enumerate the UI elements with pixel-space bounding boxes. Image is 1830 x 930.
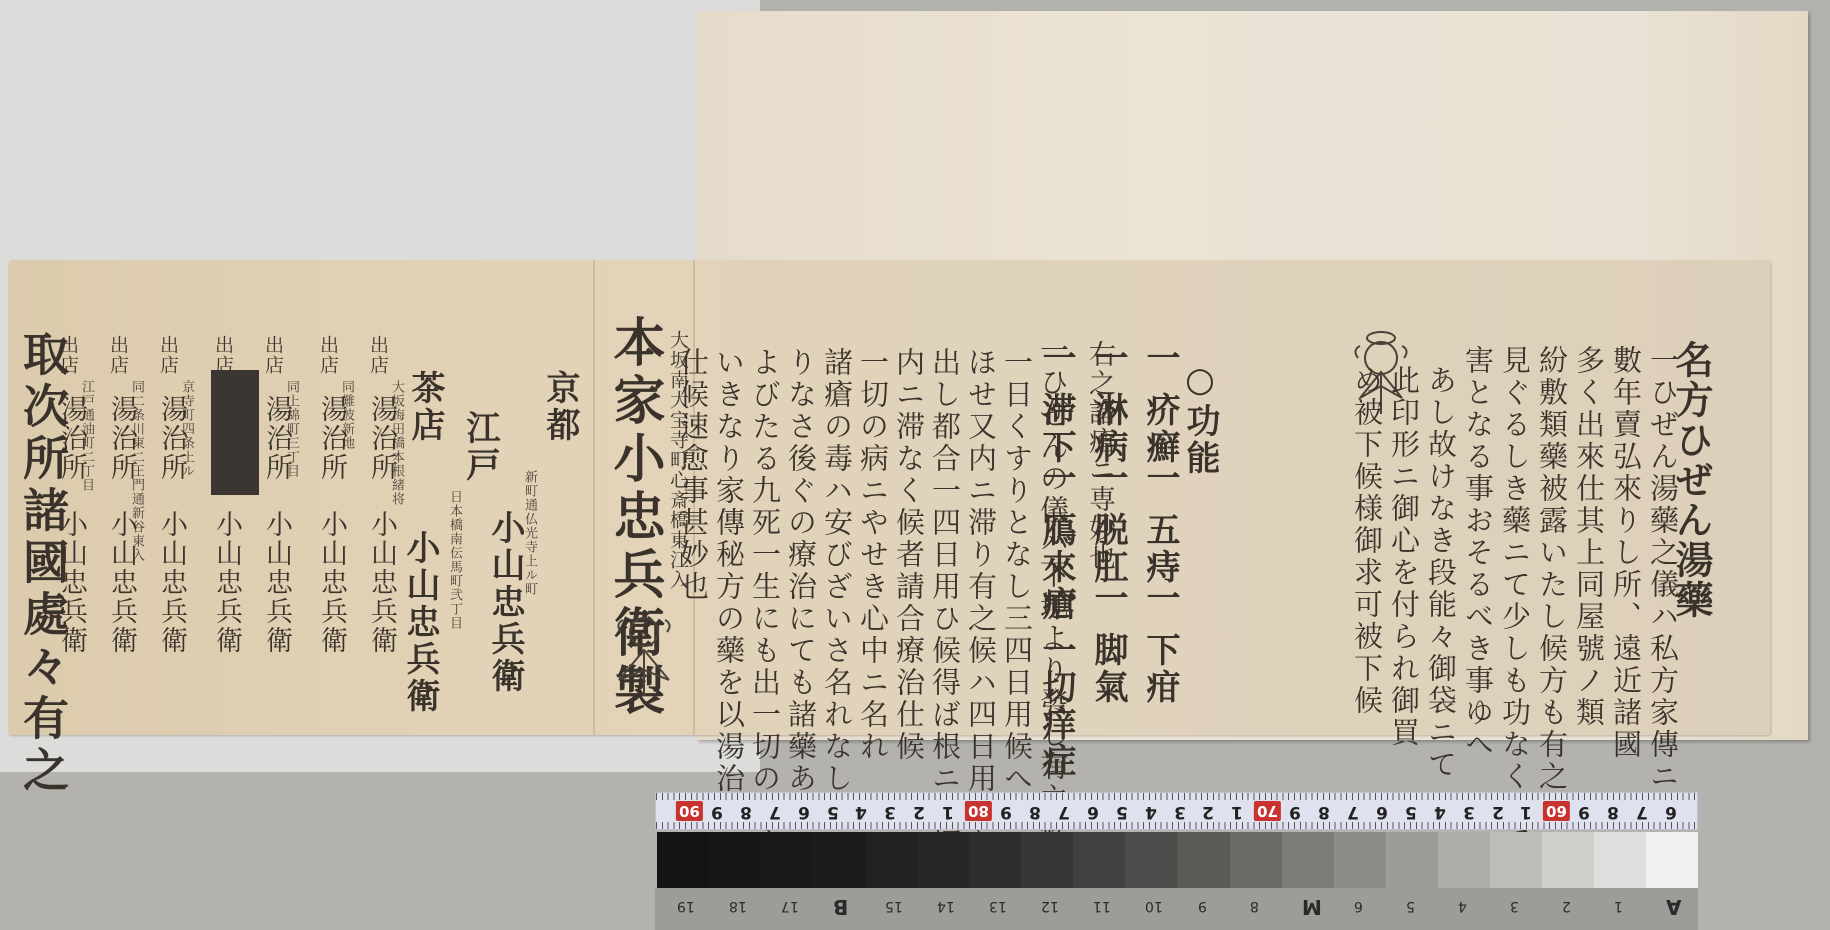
shop-owner: 小山忠兵衛 <box>368 510 395 655</box>
gray-patch <box>1594 832 1646 888</box>
gray-patch <box>761 832 813 888</box>
tape-number: 3 <box>880 802 900 822</box>
tape-number: 8 <box>1314 802 1334 822</box>
tape-number: 6 <box>794 802 814 822</box>
branch-owner: 小山忠兵衛 <box>488 510 522 695</box>
shop-owner: 小山忠兵衛 <box>158 510 185 655</box>
shop-label: 出店 <box>58 335 77 375</box>
tape-number: 1 <box>938 802 958 822</box>
text-column: 諸瘡の毒ハ安びざいさ名れなし <box>822 347 851 795</box>
shop-owner: 小山忠兵衛 <box>213 510 240 655</box>
gray-patch <box>1542 832 1594 888</box>
shop-label: 出店 <box>213 335 232 375</box>
printed-handbill: 名方ひぜん湯藥 ○功能 右之諸瘡ニ専妙也 大坂南大宝寺町心斎橋東江入 本家小忠兵… <box>8 260 1770 735</box>
text-column: あし故けなき段能々御袋ニて <box>1426 365 1455 781</box>
text-column: 害となる事おそるべき事ゆへ <box>1463 345 1492 761</box>
grayscale-patches <box>657 832 1698 888</box>
tape-number: 5 <box>1112 802 1132 822</box>
tape-number: 4 <box>1430 802 1450 822</box>
gray-patch <box>969 832 1021 888</box>
patch-label: 13 <box>989 898 1007 914</box>
tape-number-highlight: 70 <box>1254 801 1281 821</box>
tape-number: 2 <box>1488 802 1508 822</box>
color-scale-ruler: 678960123456789701234567898012345678990 … <box>655 792 1698 930</box>
efficacy-item: 一 下疳 <box>1143 580 1177 706</box>
tape-number: 4 <box>851 802 871 822</box>
patch-label: 3 <box>1510 898 1519 914</box>
patch-label: 11 <box>1093 898 1111 914</box>
tape-number: 9 <box>1574 802 1594 822</box>
branch-city: 茶店 <box>408 370 442 444</box>
tape-number: 7 <box>765 802 785 822</box>
tape-number: 3 <box>1459 802 1479 822</box>
gray-patch <box>1177 832 1229 888</box>
text-column: 仕候速愈事甚妙也 <box>678 347 707 603</box>
text-column: りなさ後ぐの療治にても諸藥あ <box>786 347 815 795</box>
patch-label: 18 <box>729 898 747 914</box>
tape-number: 9 <box>1285 802 1305 822</box>
tape-number: 7 <box>1054 802 1074 822</box>
patch-label: 1 <box>1614 898 1623 914</box>
shop-type: 湯治所 <box>263 395 290 482</box>
efficacy-item: 一 脱肛 <box>1091 460 1125 586</box>
maker-seal-icon <box>613 610 675 698</box>
gray-patch <box>657 832 709 888</box>
tape-number: 4 <box>1141 802 1161 822</box>
text-column: 此印形ニ御心を付られ御買 <box>1389 365 1418 749</box>
text-column: いきなり家傳秘方の藥を以湯治 <box>714 347 743 795</box>
patch-label: 17 <box>781 898 799 914</box>
tape-number-highlight: 90 <box>676 801 703 821</box>
tape-number: 9 <box>996 802 1016 822</box>
text-column: ほせ又内ニ滞り有之候ハ四日用より <box>966 347 995 859</box>
patch-label: M <box>1302 895 1322 919</box>
gray-patch <box>1073 832 1125 888</box>
tape-ticks-bottom <box>656 822 1697 829</box>
gray-patch <box>1490 832 1542 888</box>
shop-label: 出店 <box>263 335 282 375</box>
patch-label: 4 <box>1458 898 1467 914</box>
text-column: 紛敷類藥被露いたし候方も有之候 <box>1537 345 1566 825</box>
gray-patch <box>1230 832 1282 888</box>
text-column: 一ひぜん湯藥之儀ハ私方家傳ニて <box>1648 345 1677 825</box>
patch-labels: A123456M89101112131415B171819 <box>655 888 1698 930</box>
efficacy-item: 一 淋病 <box>1091 340 1125 466</box>
text-column: よびたる九死一生にも出一切のごく <box>750 347 779 859</box>
text-column: 出し都合一四日用ひ候得ば根ニ一切 <box>930 347 959 859</box>
gray-patch <box>917 832 969 888</box>
gray-patch <box>1282 832 1334 888</box>
paper-joint <box>593 260 595 735</box>
shop-type: 湯治所 <box>108 395 135 482</box>
patch-label: 19 <box>677 898 695 914</box>
efficacy-item: 一 脚氣 <box>1091 580 1125 706</box>
branch-address: 日本橋南伝馬町弐丁目 <box>448 490 461 630</box>
patch-label: A <box>1666 895 1681 919</box>
text-column: 一日くすりとなし三四日用候へ <box>1002 347 1031 795</box>
tape-number: 1 <box>1227 802 1247 822</box>
patch-label: 5 <box>1406 898 1415 914</box>
shop-owner: 小山忠兵衛 <box>108 510 135 655</box>
gray-patch <box>813 832 865 888</box>
patch-label: 9 <box>1198 898 1207 914</box>
gray-patch <box>1334 832 1386 888</box>
tape-number: 1 <box>1516 802 1536 822</box>
shop-owner: 小山忠兵衛 <box>58 510 85 655</box>
shop-owner: 小山忠兵衛 <box>318 510 345 655</box>
gray-patch <box>865 832 917 888</box>
shop-owner: 小山忠兵衛 <box>263 510 290 655</box>
branch-city: 京都 <box>543 370 577 444</box>
redacted-block <box>211 370 259 495</box>
tape-number-highlight: 80 <box>965 801 992 821</box>
tape-number: 6 <box>1083 802 1103 822</box>
gray-patch <box>1438 832 1490 888</box>
shop-type: 湯治所 <box>158 395 185 482</box>
shop-label: 出店 <box>318 335 337 375</box>
tape-number: 2 <box>909 802 929 822</box>
gray-patch <box>1646 832 1698 888</box>
tape-number: 8 <box>736 802 756 822</box>
text-column: 多く出來仕其上同屋號ノ類 <box>1574 345 1603 729</box>
tape-number: 6 <box>1372 802 1392 822</box>
tape-ticks-top <box>656 793 1697 800</box>
efficacy-item: 一 五痔 <box>1143 460 1177 586</box>
shop-label: 出店 <box>108 335 127 375</box>
patch-label: 2 <box>1562 898 1571 914</box>
tape-number: 2 <box>1198 802 1218 822</box>
branch-city: 江戸 <box>463 410 497 484</box>
patch-label: 10 <box>1145 898 1163 914</box>
shop-type: 湯治所 <box>368 395 395 482</box>
tape-number: 8 <box>1603 802 1623 822</box>
shop-type: 湯治所 <box>318 395 345 482</box>
branch-owner: 小山忠兵衛 <box>403 530 437 715</box>
gray-patch <box>709 832 761 888</box>
patch-label: 6 <box>1354 898 1363 914</box>
patch-label: 14 <box>937 898 955 914</box>
tape-number-highlight: 60 <box>1543 801 1570 821</box>
measuring-tape: 678960123456789701234567898012345678990 <box>655 792 1698 830</box>
gray-patch <box>1386 832 1438 888</box>
tape-number: 6 <box>1661 802 1681 822</box>
text-column: 一切の病ニやせき心中ニ名れ <box>858 347 887 763</box>
efficacy-item: 一 疥癬 <box>1143 340 1177 466</box>
shop-label: 出店 <box>368 335 387 375</box>
tape-number: 7 <box>1343 802 1363 822</box>
text-column: 内ニ滞なく候者請合療治仕候 <box>894 347 923 763</box>
patch-label: 15 <box>885 898 903 914</box>
tape-number: 5 <box>823 802 843 822</box>
patch-label: 12 <box>1041 898 1059 914</box>
text-column: 數年賣弘來りし所、遠近諸國 <box>1611 345 1640 761</box>
patch-label: B <box>833 895 848 919</box>
shop-label: 出店 <box>158 335 177 375</box>
gray-patch <box>1021 832 1073 888</box>
tape-number: 5 <box>1401 802 1421 822</box>
gray-patch <box>1125 832 1177 888</box>
patch-label: 8 <box>1250 898 1259 914</box>
tape-number: 9 <box>707 802 727 822</box>
efficacy-heading: ○功能 <box>1183 360 1217 477</box>
tape-number: 7 <box>1632 802 1652 822</box>
tape-number: 8 <box>1025 802 1045 822</box>
shop-type: 湯治所 <box>58 395 85 482</box>
tape-number: 3 <box>1170 802 1190 822</box>
text-column: め被下候様御求可被下候 <box>1352 365 1381 717</box>
text-column: 見ぐるしき藥ニて少しも功なく却て <box>1500 345 1529 857</box>
